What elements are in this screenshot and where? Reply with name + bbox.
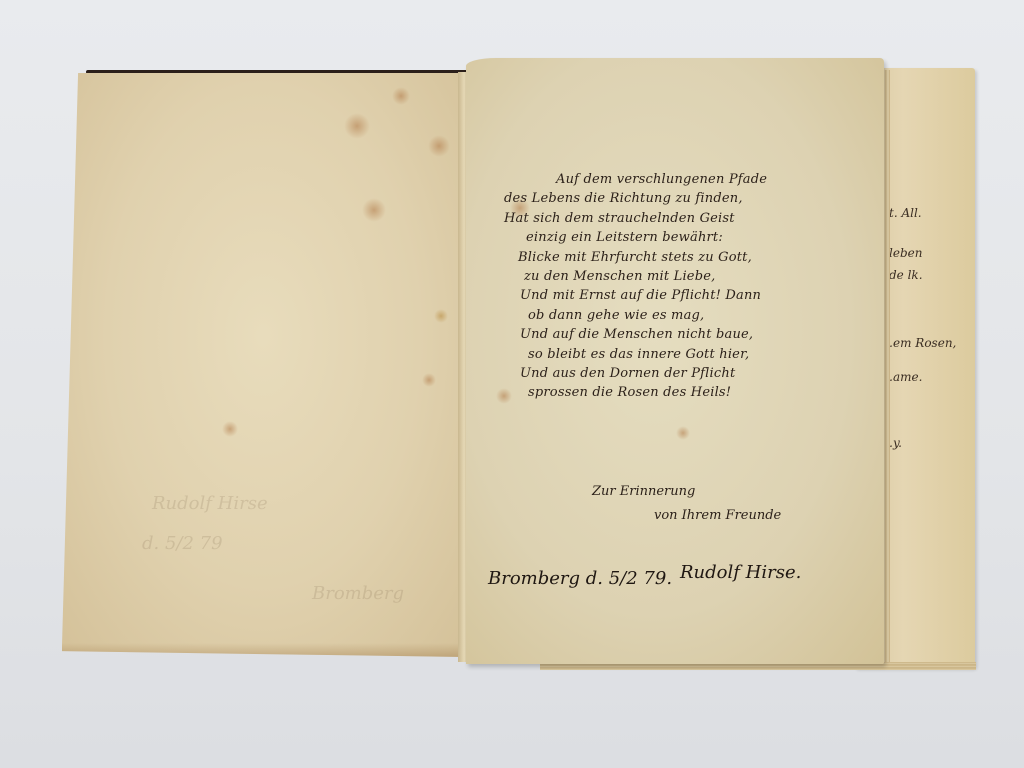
poem-line: zu den Menschen mit Liebe, xyxy=(500,267,860,286)
poem-line: des Lebens die Richtung zu finden, xyxy=(500,189,860,208)
left-page: Rudolf Hirse d. 5/2 79 Bromberg xyxy=(62,73,464,657)
foxing-stain xyxy=(422,373,436,387)
poem-line: einzig ein Leitstern bewährt: xyxy=(500,228,860,247)
foxing-stain xyxy=(344,113,370,139)
foxing-stain xyxy=(434,309,448,323)
dedication-line-1: Zur Erinnerung xyxy=(592,484,695,499)
foxing-stain xyxy=(676,426,690,440)
show-through-text: Bromberg xyxy=(312,583,404,604)
dedication-line-2: von Ihrem Freunde xyxy=(654,508,781,523)
poem-line: sprossen die Rosen des Heils! xyxy=(500,383,860,402)
poem-line: Blicke mit Ehrfurcht stets zu Gott, xyxy=(500,248,860,267)
foxing-stain xyxy=(392,87,410,105)
open-album: Rudolf Hirse d. 5/2 79 Bromberg …t. All.… xyxy=(0,0,1024,768)
show-through-text: d. 5/2 79 xyxy=(142,533,223,554)
foxing-stain xyxy=(428,135,450,157)
poem-line: Und mit Ernst auf die Pflicht! Dann xyxy=(500,286,860,305)
foxing-stain xyxy=(362,198,386,222)
poem-line: ob dann gehe wie es mag, xyxy=(500,306,860,325)
poem-line: Und aus den Dornen der Pflicht xyxy=(500,364,860,383)
signature: Rudolf Hirse. xyxy=(680,562,801,583)
poem: Auf dem verschlungenen Pfade des Lebens … xyxy=(500,170,860,403)
poem-line: so bleibt es das innere Gott hier, xyxy=(500,345,860,364)
poem-line: Und auf die Menschen nicht baue, xyxy=(500,325,860,344)
poem-line: Auf dem verschlungenen Pfade xyxy=(500,170,860,189)
poem-line: Hat sich dem strauchelnden Geist xyxy=(500,209,860,228)
back-page-text: …em Rosen, xyxy=(881,336,956,350)
place-date: Bromberg d. 5/2 79. xyxy=(488,568,672,589)
show-through-text: Rudolf Hirse xyxy=(152,493,268,514)
foxing-stain xyxy=(222,421,238,437)
